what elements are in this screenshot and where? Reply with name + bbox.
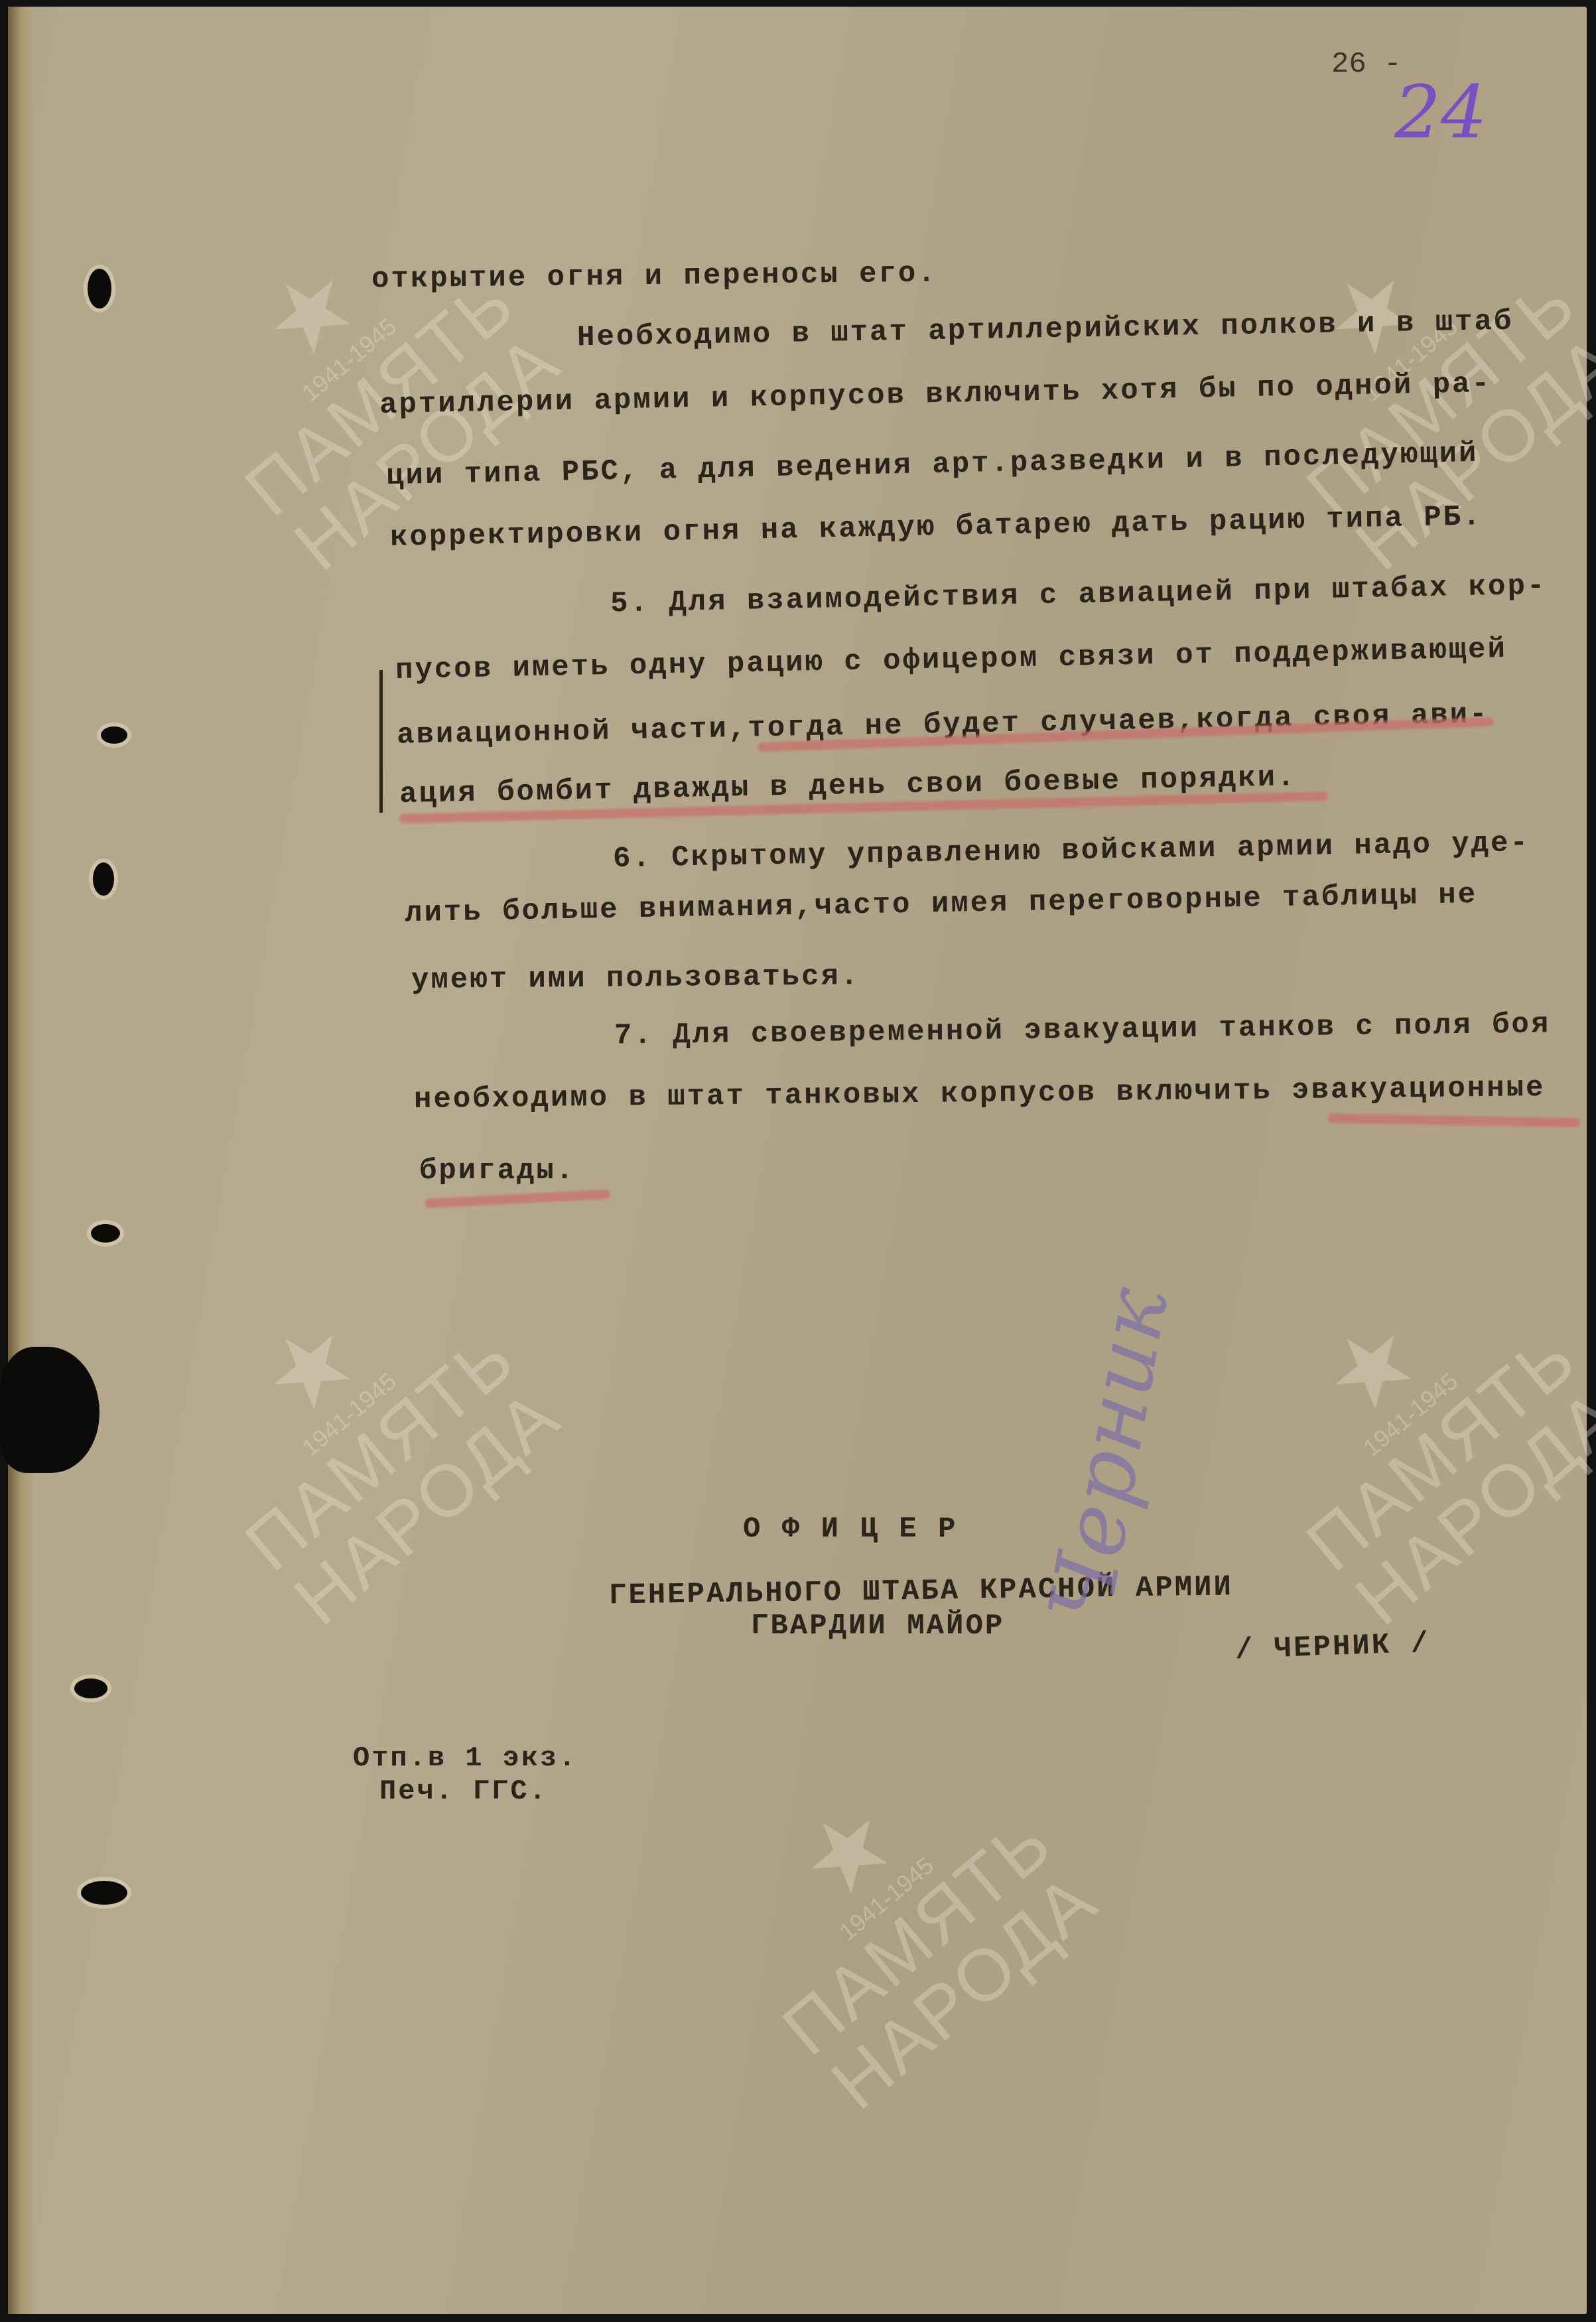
signature-line1: ГЕНЕРАЛЬНОГО ШТАБА КРАСНОЙ АРМИИ — [609, 1570, 1234, 1612]
page-number: 26 - — [1331, 48, 1402, 81]
red-underline — [1328, 1114, 1580, 1128]
signature-title: О Ф И Ц Е Р — [743, 1513, 957, 1546]
watermark: ★ 1941-1945 ПАМЯТЬ НАРОДА — [154, 1225, 574, 1639]
body-line: пусов иметь одну рацию с офицером связи … — [395, 633, 1508, 687]
punch-hole — [101, 726, 127, 744]
body-line: корректировки огня на каждую батарею дат… — [390, 500, 1483, 555]
punch-hole — [88, 269, 111, 308]
body-line: необходимо в штат танковых корпусов вклю… — [414, 1071, 1546, 1117]
body-line: 7. Для своевременной эвакуации танков с … — [614, 1008, 1551, 1052]
body-line: бригады. — [419, 1154, 575, 1188]
body-line: 5. Для взаимодействия с авиацией при шта… — [610, 569, 1547, 620]
torn-edge — [0, 1347, 100, 1473]
body-line: лить больше внимания,часто имея перегово… — [405, 878, 1478, 930]
body-line: открытие огня и переносы его. — [371, 257, 937, 297]
red-underline — [425, 1190, 610, 1209]
punch-hole — [74, 1678, 107, 1698]
body-line: умеют ими пользоваться. — [411, 960, 860, 997]
body-line: 6. Скрытому управлению войсками армии на… — [613, 827, 1530, 876]
signatory-name: / ЧЕРНИК / — [1234, 1627, 1431, 1667]
punch-hole — [81, 1881, 127, 1905]
punch-hole — [91, 1224, 120, 1243]
document-page: ★ 1941-1945 ПАМЯТЬ НАРОДА ★ 1941-1945 ПА… — [8, 7, 1587, 2314]
punch-hole — [93, 862, 114, 896]
signature-line2: ГВАРДИИ МАЙОР — [751, 1609, 1004, 1643]
margin-bracket — [379, 670, 383, 813]
watermark: ★ 1941-1945 ПАМЯТЬ НАРОДА — [691, 1710, 1112, 2124]
footer-note: Отп.в 1 экз. — [353, 1742, 577, 1774]
footer-note: Печ. ГГС. — [379, 1775, 548, 1807]
binding-edge — [8, 7, 34, 2314]
archive-sheet-number: 24 — [1394, 70, 1487, 155]
watermark: ★ 1941-1945 ПАМЯТЬ НАРОДА — [1215, 1225, 1596, 1639]
